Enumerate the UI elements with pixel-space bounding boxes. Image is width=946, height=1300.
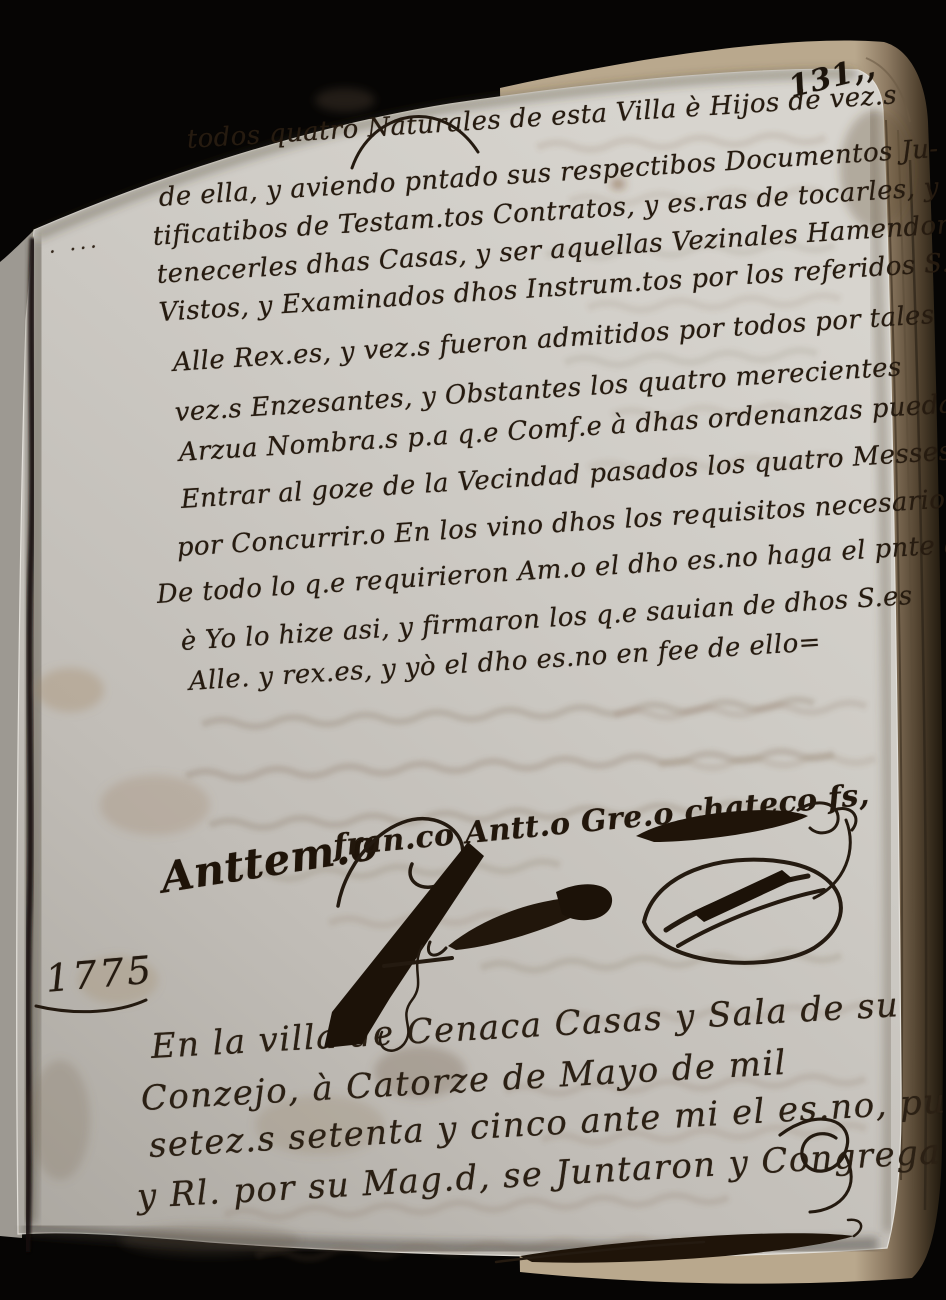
- handwriting-layer: 131,, · ··· todos quatro Naturales de es…: [0, 0, 946, 1300]
- book-background: [0, 0, 946, 1300]
- closing-line: y Rl. por su Mag.d, se Juntaron y Congre…: [136, 1135, 942, 1214]
- body-line: vez.s Enzesantes, y Obstantes los quatro…: [174, 354, 902, 426]
- binding-seam: [27, 238, 33, 1252]
- body-line: por Concurrir.o En los vino dhos los req…: [176, 485, 946, 561]
- bleedthrough-ghost-text: [165, 132, 892, 1261]
- paper-stains: [30, 88, 912, 1256]
- body-line: Vistos, y Examinados dhos Instrum.tos po…: [158, 248, 946, 326]
- margin-year: 1775: [44, 951, 156, 998]
- body-line: todos quatro Naturales de esta Villa è H…: [186, 82, 898, 153]
- closing-line: Conzejo, à Catorze de Mayo de mil: [140, 1046, 788, 1116]
- closing-line: En la villa de Cenaca Casas y Sala de su: [150, 988, 900, 1064]
- page-stack-edges: [500, 41, 943, 1284]
- signature-rubric-curl: [338, 819, 463, 906]
- body-line: Alle. y rex.es, y yò el dho es.no en fee…: [188, 629, 822, 695]
- facing-page-sliver: [0, 230, 34, 1238]
- body-line: è Yo lo hize asi, y firmaron los q.e sau…: [180, 583, 913, 655]
- manuscript-page: [17, 69, 901, 1256]
- closing-rubric: [780, 1119, 851, 1212]
- manuscript-scan: 131,, · ··· todos quatro Naturales de es…: [0, 0, 946, 1300]
- body-line: Entrar al goze de la Vecindad pasados lo…: [180, 438, 946, 512]
- flourish-arc-line1: [352, 117, 478, 168]
- signature-heavy-stroke: [324, 842, 484, 1048]
- body-line: de ella, y aviendo pntado sus respectibo…: [158, 136, 939, 211]
- ink-flourishes: [0, 0, 946, 1300]
- body-line: Alle Rex.es, y vez.s fueron admitidos po…: [172, 302, 935, 376]
- year-underline: [36, 1000, 146, 1012]
- signature-mid-rubric: [428, 884, 612, 955]
- body-line: tenecerles dhas Casas, y ser aquellas Ve…: [156, 210, 946, 288]
- body-line: tificatibos de Testam.tos Contratos, y e…: [152, 171, 946, 250]
- margin-marks: · ···: [48, 236, 102, 262]
- folio-number: 131,,: [786, 53, 879, 104]
- signature-name-first: Anttem.o: [158, 824, 381, 900]
- signature-top-lens-flourish: [636, 803, 856, 898]
- signature-name-second: fran.co Antt.o Gre.o chateco fs,: [332, 780, 871, 861]
- body-line: Arzua Nombra.s p.a q.e Comf.e à dhas ord…: [178, 390, 946, 466]
- notary-cross-sign: [380, 946, 452, 1051]
- body-line: De todo lo q.e requirieron Am.o el dho e…: [156, 529, 946, 608]
- signature-rubric-right-oval: [644, 860, 841, 963]
- closing-underline-stroke: [496, 1220, 861, 1263]
- closing-line: setez.s setenta y cinco ante mi el es.no…: [148, 1081, 946, 1163]
